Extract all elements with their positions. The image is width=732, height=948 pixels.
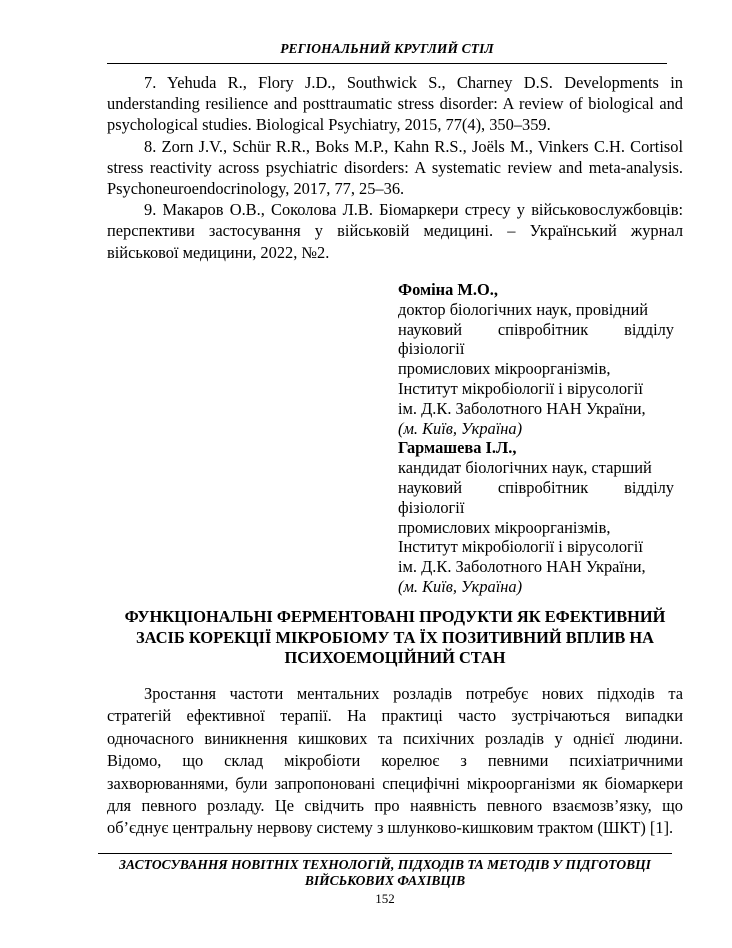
running-header: РЕГІОНАЛЬНИЙ КРУГЛИЙ СТІЛ bbox=[107, 41, 667, 57]
reference-item-7: 7. Yehuda R., Flory J.D., Southwick S., … bbox=[107, 72, 683, 136]
author-institute: Інститут мікробіології і вірусології bbox=[398, 379, 674, 399]
reference-item-8: 8. Zorn J.V., Schür R.R., Boks M.P., Kah… bbox=[107, 136, 683, 200]
author-institute: Інститут мікробіології і вірусології bbox=[398, 537, 674, 557]
footer-rule bbox=[98, 853, 672, 854]
author-position: фізіології bbox=[398, 339, 674, 359]
article-title: ФУНКЦІОНАЛЬНІ ФЕРМЕНТОВАНІ ПРОДУКТИ ЯК Е… bbox=[107, 607, 683, 669]
author-position: доктор біологічних наук, провідний bbox=[398, 300, 674, 320]
author-name: Гармашева І.Л., bbox=[398, 438, 674, 458]
running-footer-line: ЗАСТОСУВАННЯ НОВІТНІХ ТЕХНОЛОГІЙ, ПІДХОД… bbox=[98, 857, 672, 873]
author-block: Фоміна М.О., доктор біологічних наук, пр… bbox=[398, 280, 674, 597]
reference-item-9: 9. Макаров О.В., Соколова Л.В. Біомаркер… bbox=[107, 199, 683, 263]
author-department: промислових мікроорганізмів, bbox=[398, 359, 674, 379]
running-footer-line: ВІЙСЬКОВИХ ФАХІВЦІВ bbox=[98, 873, 672, 889]
article-title-line: ПСИХОЕМОЦІЙНИЙ СТАН bbox=[107, 648, 683, 669]
author-position: кандидат біологічних наук, старший bbox=[398, 458, 674, 478]
article-title-line: ЗАСІБ КОРЕКЦІЇ МІКРОБІОМУ ТА ЇХ ПОЗИТИВН… bbox=[107, 628, 683, 649]
page-number: 152 bbox=[98, 891, 672, 907]
reference-list: 7. Yehuda R., Flory J.D., Southwick S., … bbox=[107, 72, 683, 263]
running-footer: ЗАСТОСУВАННЯ НОВІТНІХ ТЕХНОЛОГІЙ, ПІДХОД… bbox=[98, 857, 672, 889]
author-position: науковий співробітник відділу bbox=[398, 320, 674, 340]
author-position: науковий співробітник відділу bbox=[398, 478, 674, 498]
author-location: (м. Київ, Україна) bbox=[398, 577, 674, 597]
author-name: Фоміна М.О., bbox=[398, 280, 674, 300]
author-location: (м. Київ, Україна) bbox=[398, 419, 674, 439]
article-title-line: ФУНКЦІОНАЛЬНІ ФЕРМЕНТОВАНІ ПРОДУКТИ ЯК Е… bbox=[107, 607, 683, 628]
author-institute: ім. Д.К. Заболотного НАН України, bbox=[398, 399, 674, 419]
author-2: Гармашева І.Л., кандидат біологічних нау… bbox=[398, 438, 674, 596]
author-institute: ім. Д.К. Заболотного НАН України, bbox=[398, 557, 674, 577]
header-rule bbox=[107, 63, 667, 64]
author-1: Фоміна М.О., доктор біологічних наук, пр… bbox=[398, 280, 674, 438]
author-department: промислових мікроорганізмів, bbox=[398, 518, 674, 538]
body-paragraph: Зростання частоти ментальних розладів по… bbox=[107, 683, 683, 840]
author-position: фізіології bbox=[398, 498, 674, 518]
